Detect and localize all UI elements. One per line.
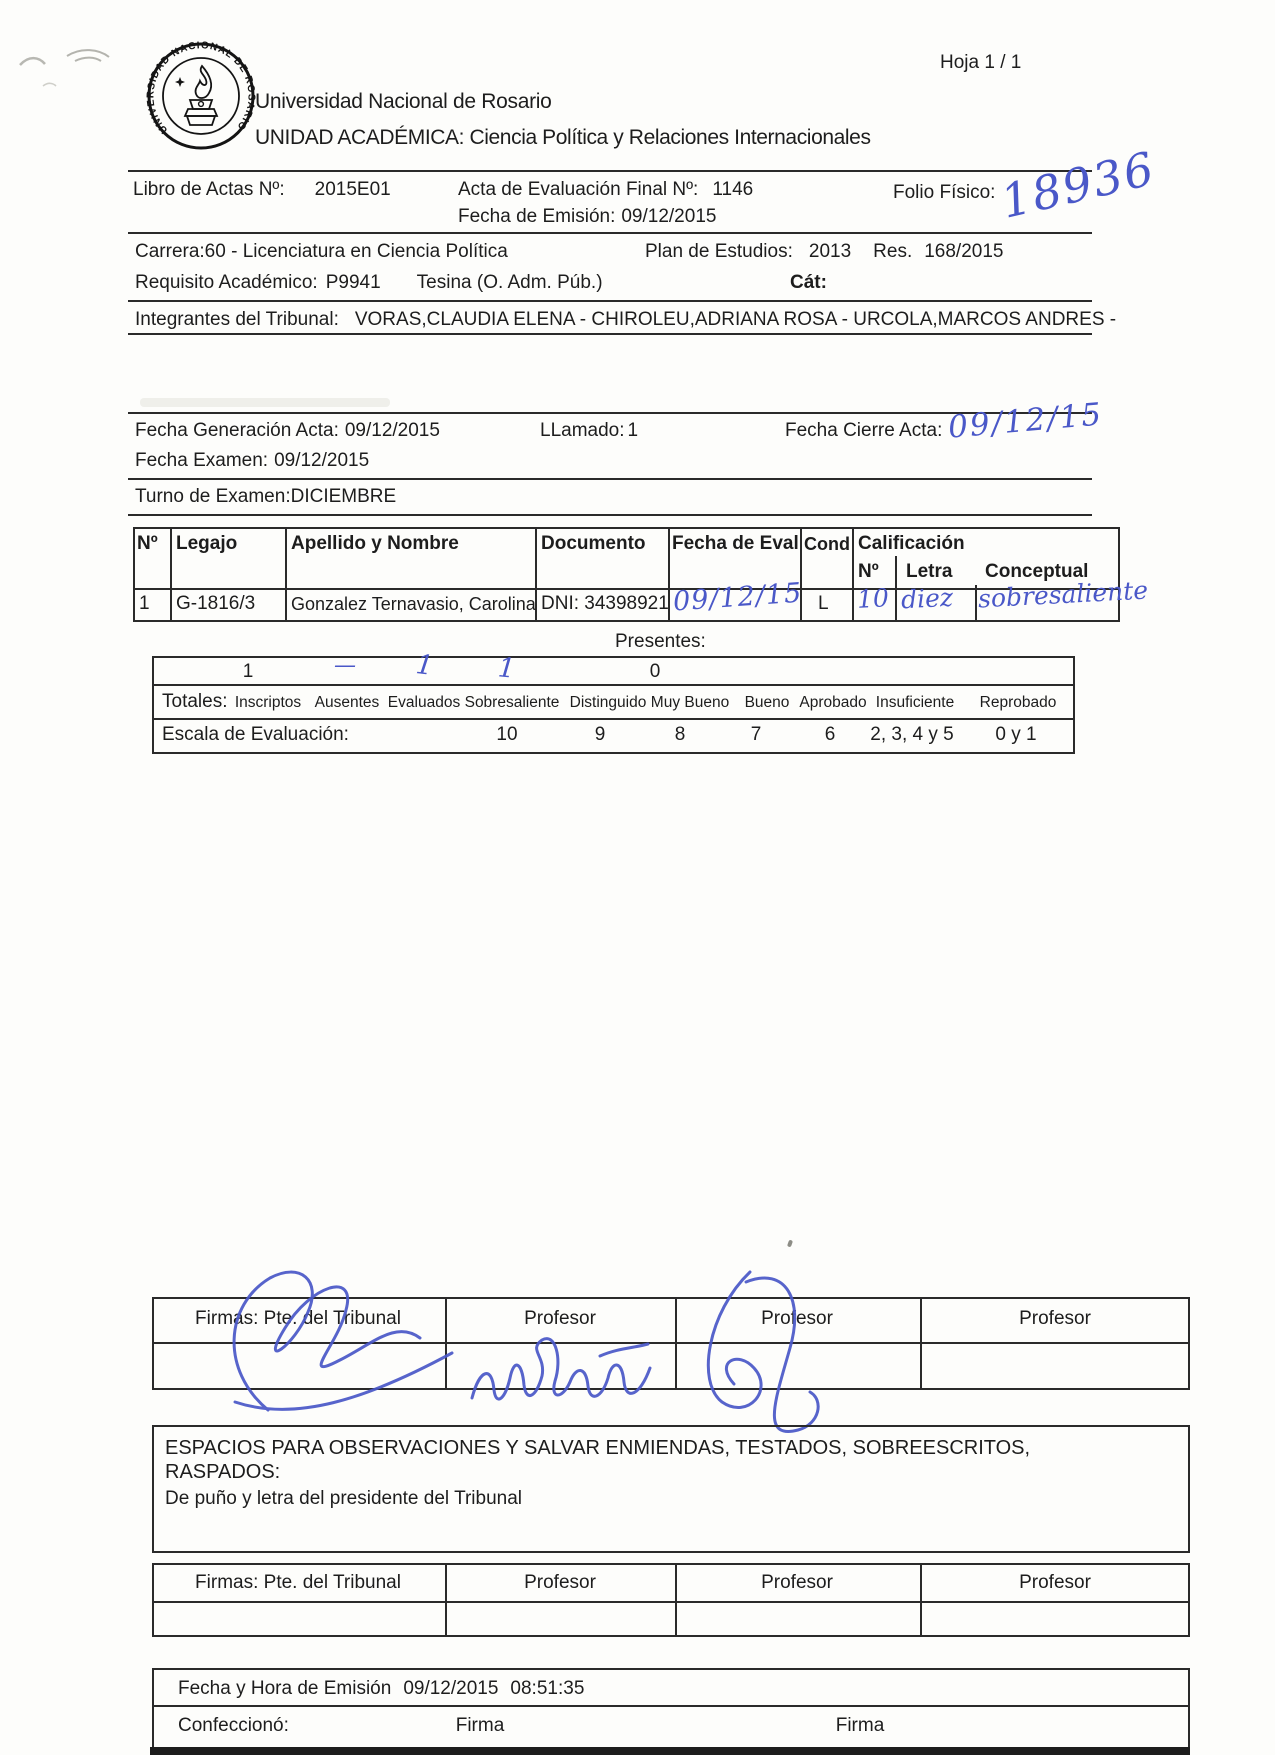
table-border [133,620,1120,622]
table-border [920,1563,922,1637]
totales-col-evaluados: Evaluados [388,694,460,712]
table-border [1118,527,1120,622]
plan-label: Plan de Estudios: [645,241,793,262]
fecha-generacion-value: 09/12/2015 [345,420,440,441]
count-ausentes-handwritten: — [334,653,356,678]
escala-val-7: 7 [751,724,762,746]
page-number: Hoja 1 / 1 [940,52,1021,74]
emision-footer-fecha: 09/12/2015 [403,1678,498,1699]
escala-val-10: 10 [496,724,517,746]
firma-label-1: Firma [456,1715,505,1737]
fecha-cierre-handwritten: 09/12/15 [947,396,1105,445]
totales-col-sobresaliente: Sobresaliente [465,694,560,712]
table-border [152,1601,1190,1603]
table-border [133,588,1120,590]
university-name: Universidad Nacional de Rosario [255,90,552,114]
row-cond: L [818,593,829,615]
table-border [152,1705,1190,1707]
fecha-examen: Fecha Examen:09/12/2015 [135,450,369,472]
fecha-emision: Fecha de Emisión:09/12/2015 [458,206,716,228]
folio-fisico-label: Folio Físico: [893,182,995,204]
observaciones-linea2: RASPADOS: [165,1461,280,1484]
totales-col-inscriptos: Inscriptos [235,694,301,712]
integrantes-tribunal: Integrantes del Tribunal:VORAS,CLAUDIA E… [135,309,1116,331]
subcol-header-cal-letra: Letra [906,561,952,583]
count-evaluados-handwritten: 1 [414,649,435,682]
totales-col-muy-bueno: Muy Bueno [651,694,729,712]
catedra-label: Cát: [790,272,827,294]
scan-bottom-edge [150,1747,1190,1755]
turno-label: Turno de Examen: [135,486,291,507]
totales-col-bueno: Bueno [745,694,790,712]
signature-profesor-2-cross [600,1344,648,1356]
fecha-examen-label: Fecha Examen: [135,450,268,471]
llamado-value: 1 [628,420,639,441]
acta-evaluacion: Acta de Evaluación Final Nº:1146 [458,179,753,201]
scan-pencil-marks [15,40,125,90]
libro-label: Libro de Actas Nº: [133,179,285,200]
requisito-academico: Requisito Académico:P9941Tesina (O. Adm.… [135,272,603,294]
col-header-nro: Nº [137,533,158,555]
academic-unit: UNIDAD ACADÉMICA: Ciencia Política y Rel… [255,126,871,150]
folio-fisico-handwritten: 18936 [996,141,1160,229]
firmas2-profesor-label: Profesor [524,1572,596,1594]
requisito-codigo: P9941 [326,272,381,293]
totales-col-ausentes: Ausentes [315,694,380,712]
table-border [152,718,1075,720]
logo-star-icon [175,77,185,87]
logo-lamp-base1 [185,109,217,116]
table-border [152,656,1075,658]
table-border [895,556,897,622]
scanned-acta-page: Hoja 1 / 1 UNIVERSIDAD NACIONAL DE ROSAR… [0,0,1275,1755]
signature-profesor-3b [746,1278,818,1431]
row-documento: DNI: 34398921 [541,593,669,615]
escala-val-6: 6 [825,724,836,746]
row-apellido: Gonzalez Ternavasio, Carolina [291,594,536,615]
scan-smudge [140,398,390,407]
table-border [133,527,135,622]
presentes-value: 0 [650,661,661,683]
firmas2-profesor-label: Profesor [761,1572,833,1594]
row-legajo: G-1816/3 [176,593,255,615]
table-border [675,1563,677,1637]
requisito-nombre: Tesina (O. Adm. Púb.) [417,272,603,293]
divider [128,478,1092,480]
divider [128,333,1092,335]
fecha-generacion: Fecha Generación Acta:09/12/2015 [135,420,440,442]
emision-footer-hora: 08:51:35 [510,1678,584,1699]
escala-val-8: 8 [675,724,686,746]
count-sobresaliente-handwritten: 1 [497,652,517,684]
requisito-label: Requisito Académico: [135,272,318,293]
llamado-label: LLamado: [540,420,625,441]
res-label: Res. [873,241,912,262]
fecha-cierre-label: Fecha Cierre Acta: [785,420,942,442]
totales-col-reprobado: Reprobado [980,694,1057,712]
row-nro: 1 [139,593,150,615]
fecha-emision-value: 09/12/2015 [621,206,716,227]
totales-label: Totales: [162,691,227,713]
plan-de-estudios: Plan de Estudios:2013Res.168/2015 [645,241,1003,263]
turno-examen: Turno de Examen:DICIEMBRE [135,486,396,508]
col-header-fecha-eval: Fecha de Eval [672,533,799,555]
divider [128,300,1092,302]
firma-label-2: Firma [836,1715,885,1737]
acta-value: 1146 [712,179,753,200]
tribunal-value: VORAS,CLAUDIA ELENA - CHIROLEU,ADRIANA R… [355,309,1116,330]
totales-col-distinguido: Distinguido [570,694,647,712]
tribunal-label: Integrantes del Tribunal: [135,309,339,330]
emision-footer-label: Fecha y Hora de Emisión [178,1678,391,1699]
table-border [852,527,854,622]
row-cal-letra-handwritten: diez [900,583,953,615]
table-border [152,752,1075,754]
fecha-emision-label: Fecha de Emisión: [458,206,615,227]
fecha-generacion-label: Fecha Generación Acta: [135,420,339,441]
col-header-calificacion: Calificación [858,533,965,555]
fecha-hora-emision: Fecha y Hora de Emisión09/12/201508:51:3… [178,1678,584,1700]
escala-val-9: 9 [595,724,606,746]
carrera-text: Carrera:60 - Licenciatura en Ciencia Pol… [135,241,508,263]
signature-profesor-3 [708,1272,761,1408]
logo-lamp-base2 [187,116,215,125]
firmas2-pte-label: Firmas: Pte. del Tribunal [195,1572,401,1594]
col-header-documento: Documento [541,533,646,555]
logo-ring-text: UNIVERSIDAD NACIONAL DE ROSARIO [145,40,256,135]
table-border [133,527,1120,529]
table-border [152,656,154,754]
scan-speck [787,1240,793,1248]
libro-de-actas: Libro de Actas Nº:2015E01 [133,179,391,201]
col-header-cond: Cond [804,534,850,555]
divider [128,514,1092,516]
signature-pte-tribunal [234,1272,420,1410]
totales-col-insuficiente: Insuficiente [876,694,954,712]
table-border [445,1563,447,1637]
row-fecha-eval-handwritten: 09/12/15 [672,578,803,618]
col-header-apellido: Apellido y Nombre [291,533,459,555]
escala-val-reprobado: 0 y 1 [995,724,1036,746]
totales-col-aprobado: Aprobado [799,694,866,712]
escala-val-insuficiente: 2, 3, 4 y 5 [870,724,953,746]
subcol-header-cal-nro: Nº [858,561,879,583]
signature-pte-flourish [235,1353,452,1409]
llamado: LLamado:1 [540,420,638,442]
libro-value: 2015E01 [315,179,391,200]
divider [128,232,1092,234]
svg-text:UNIVERSIDAD NACIONAL DE ROSARI: UNIVERSIDAD NACIONAL DE ROSARIO [145,40,256,135]
escala-label: Escala de Evaluación: [162,724,349,746]
table-border [285,527,287,622]
divider [128,170,1092,172]
table-border [1073,656,1075,754]
logo-flame-icon [196,66,212,98]
table-border [170,527,172,622]
acta-label: Acta de Evaluación Final Nº: [458,179,698,200]
col-header-legajo: Legajo [176,533,237,555]
res-value: 168/2015 [924,241,1003,262]
confecciono-label: Confeccionó: [178,1715,289,1737]
row-cal-nro-handwritten: 10 [856,583,889,614]
fecha-examen-value: 09/12/2015 [274,450,369,471]
observaciones-linea1: ESPACIOS PARA OBSERVACIONES Y SALVAR ENM… [165,1437,1030,1460]
plan-value: 2013 [809,241,851,262]
presentes-label: Presentes: [615,631,706,653]
observaciones-linea3: De puño y letra del presidente del Tribu… [165,1488,522,1510]
turno-value: DICIEMBRE [291,486,397,507]
count-inscriptos: 1 [243,661,254,683]
firmas2-profesor-label: Profesor [1019,1572,1091,1594]
university-seal-logo: UNIVERSIDAD NACIONAL DE ROSARIO [145,40,257,152]
table-border [152,684,1075,686]
